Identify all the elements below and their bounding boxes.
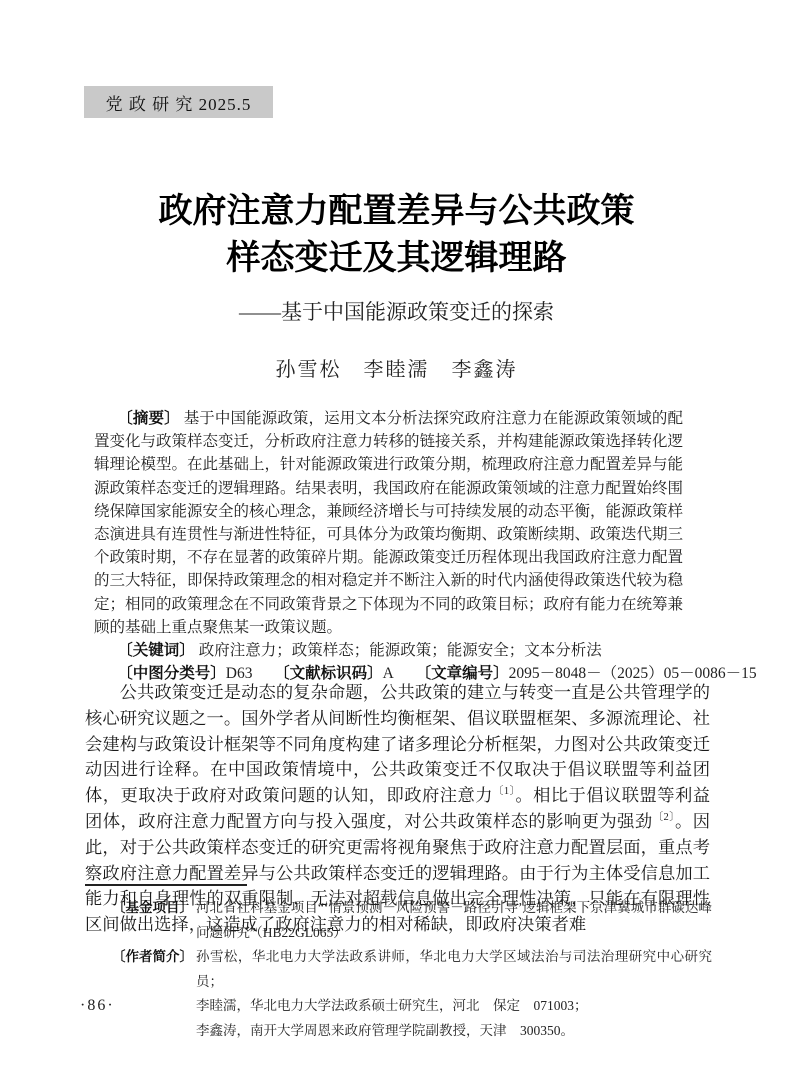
article-title-line2: 样态变迁及其逻辑理路 <box>0 235 793 282</box>
author-bio-line-1: 孙雪松，华北电力大学法政系讲师，华北电力大学区域法治与司法治理研究中心研究员； <box>196 945 712 994</box>
footnotes-block: 〔基金项目〕 河北省社科基金项目“‘情景预测－风险预警－路径引导’逻辑框架下京津… <box>112 896 712 1044</box>
fund-project-text: 河北省社科基金项目“‘情景预测－风险预警－路径引导’逻辑框架下京津冀城市群碳达峰… <box>196 896 712 945</box>
authors-line: 孙雪松 李睦濡 李鑫涛 <box>0 353 793 382</box>
fund-project-label: 〔基金项目〕 <box>112 896 196 921</box>
footnote-divider <box>85 884 247 886</box>
author-bio-line-3: 李鑫涛，南开大学周恩来政府管理学院副教授，天津 300350。 <box>196 1019 712 1044</box>
paper-page: 党 政 研 究 2025.5 政府注意力配置差异与公共政策 样态变迁及其逻辑理路… <box>0 0 793 1077</box>
page-number: ·86· <box>80 997 115 1015</box>
article-subtitle: ——基于中国能源政策变迁的探索 <box>0 296 793 326</box>
keywords-paragraph: 〔关键词〕政府注意力；政策样态；能源政策；能源安全；文本分析法 <box>94 639 683 662</box>
keywords-label: 〔关键词〕 <box>117 642 195 659</box>
reference-mark-1: 〔1〕 <box>493 786 515 797</box>
abstract-block: 〔摘要〕基于中国能源政策，运用文本分析法探究政府注意力在能源政策领域的配置变化与… <box>94 407 683 685</box>
author-bio-footnote: 〔作者简介〕 孙雪松，华北电力大学法政系讲师，华北电力大学区域法治与司法治理研究… <box>112 945 712 1043</box>
author-bio-label: 〔作者简介〕 <box>112 945 196 970</box>
reference-mark-2: 〔2〕 <box>653 812 675 823</box>
fund-project-footnote: 〔基金项目〕 河北省社科基金项目“‘情景预测－风险预警－路径引导’逻辑框架下京津… <box>112 896 712 945</box>
abstract-label: 〔摘要〕 <box>117 410 179 427</box>
abstract-text: 基于中国能源政策，运用文本分析法探究政府注意力在能源政策领域的配置变化与政策样态… <box>94 410 683 636</box>
abstract-paragraph: 〔摘要〕基于中国能源政策，运用文本分析法探究政府注意力在能源政策领域的配置变化与… <box>94 407 683 639</box>
author-bio-lines: 孙雪松，华北电力大学法政系讲师，华北电力大学区域法治与司法治理研究中心研究员； … <box>196 945 712 1043</box>
article-title-line1: 政府注意力配置差异与公共政策 <box>0 188 793 235</box>
author-bio-line-2: 李睦濡，华北电力大学法政系硕士研究生，河北 保定 071003； <box>196 994 712 1019</box>
journal-badge: 党 政 研 究 2025.5 <box>84 86 273 118</box>
article-title: 政府注意力配置差异与公共政策 样态变迁及其逻辑理路 <box>0 188 793 282</box>
keywords-text: 政府注意力；政策样态；能源政策；能源安全；文本分析法 <box>199 642 602 659</box>
